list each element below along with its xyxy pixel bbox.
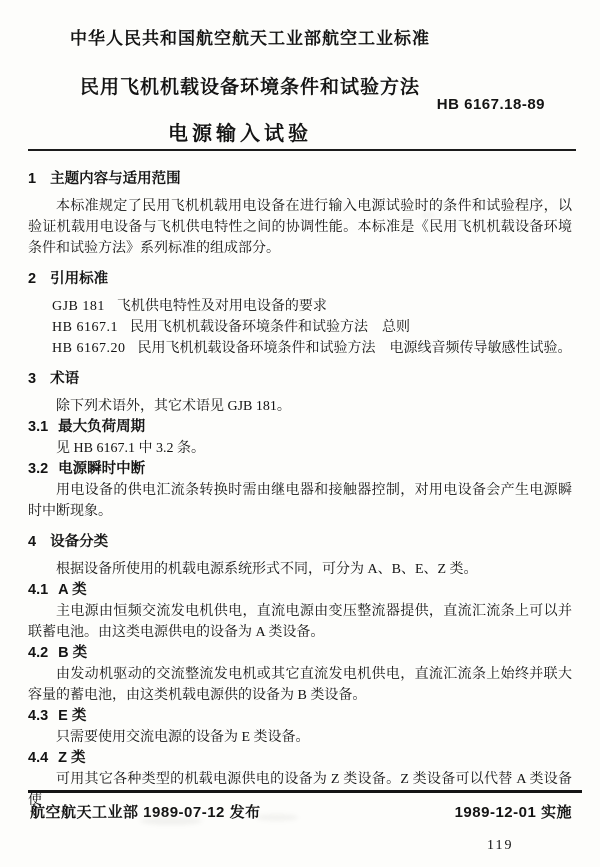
reference-item: GJB 181飞机供电特性及对用电设备的要求 [28, 296, 572, 317]
reference-code: GJB 181 [52, 299, 105, 314]
subsection-heading-4-1: 4.1A 类 [28, 580, 572, 601]
section-title: 术语 [50, 371, 79, 387]
section-title: 引用标准 [50, 271, 108, 287]
subsection-heading-3-1: 3.1最大负荷周期 [28, 417, 572, 438]
footer-implementation-text: 1989-12-01 实施 [455, 801, 572, 822]
subsection-title: 最大负荷周期 [58, 419, 145, 435]
scan-smudge [256, 814, 298, 821]
subsection-title: A 类 [58, 582, 86, 598]
section-number: 3 [28, 371, 36, 387]
reference-code: HB 6167.20 [52, 341, 125, 356]
reference-title: 民用飞机机载设备环境条件和试验方法 电源线音频传导敏感性试验。 [137, 341, 571, 356]
section-title: 设备分类 [50, 534, 108, 550]
reference-title: 飞机供电特性及对用电设备的要求 [117, 299, 327, 314]
section-heading-2: 2引用标准 [28, 269, 572, 290]
subsection-title: B 类 [58, 645, 87, 661]
paragraph: 由发动机驱动的交流整流发电机或其它直流发电机供电，直流汇流条上始终并联大容量的蓄… [28, 664, 572, 706]
scanned-standard-page: 中华人民共和国航空航天工业部航空工业标准 民用飞机机载设备环境条件和试验方法 H… [0, 0, 600, 867]
paragraph: 本标准规定了民用飞机机载用电设备在进行输入电源试验时的条件和试验程序，以验证机载… [28, 196, 572, 259]
section-title: 主题内容与适用范围 [50, 171, 181, 187]
section-number: 1 [28, 171, 36, 187]
section-heading-4: 4设备分类 [28, 532, 572, 553]
subsection-heading-4-3: 4.3E 类 [28, 706, 572, 727]
subsection-number: 3.1 [28, 419, 48, 435]
subsection-number: 4.3 [28, 708, 48, 724]
footer-issue-text: 航空航天工业部 1989-07-12 发布 [30, 801, 261, 822]
subsection-number: 4.1 [28, 582, 48, 598]
paragraph: 除下列术语外，其它术语见 GJB 181。 [28, 396, 572, 417]
section-heading-1: 1主题内容与适用范围 [28, 169, 572, 190]
subsection-title: 电源瞬时中断 [58, 461, 145, 477]
document-body: 1主题内容与适用范围 本标准规定了民用飞机机载用电设备在进行输入电源试验时的条件… [28, 163, 572, 811]
reference-item: HB 6167.20民用飞机机载设备环境条件和试验方法 电源线音频传导敏感性试验… [28, 338, 572, 359]
paragraph: 用电设备的供电汇流条转换时需由继电器和接触器控制，对用电设备会产生电源瞬时中断现… [28, 480, 572, 522]
subsection-heading-4-2: 4.2B 类 [28, 643, 572, 664]
subsection-title: E 类 [58, 708, 86, 724]
section-number: 4 [28, 534, 36, 550]
section-number: 2 [28, 271, 36, 287]
standard-number: HB 6167.18-89 [437, 96, 545, 113]
section-heading-3: 3术语 [28, 369, 572, 390]
paragraph: 见 HB 6167.1 中 3.2 条。 [28, 438, 572, 459]
document-title: 民用飞机机载设备环境条件和试验方法 [80, 72, 420, 99]
paragraph: 主电源由恒频交流发电机供电，直流电源由变压整流器提供，直流汇流条上可以并联蓄电池… [28, 601, 572, 643]
subsection-number: 4.2 [28, 645, 48, 661]
document-subtitle: 电源输入试验 [168, 117, 312, 146]
reference-code: HB 6167.1 [52, 320, 118, 335]
reference-item: HB 6167.1民用飞机机载设备环境条件和试验方法 总则 [28, 317, 572, 338]
header-divider [28, 149, 576, 151]
subsection-heading-3-2: 3.2电源瞬时中断 [28, 459, 572, 480]
footer-divider [28, 790, 582, 793]
reference-title: 民用飞机机载设备环境条件和试验方法 总则 [130, 320, 410, 335]
subsection-number: 4.4 [28, 750, 48, 766]
page-number: 119 [487, 838, 513, 854]
subsection-heading-4-4: 4.4Z 类 [28, 748, 572, 769]
paragraph: 根据设备所使用的机载电源系统形式不同，可分为 A、B、E、Z 类。 [28, 559, 572, 580]
standard-org-line: 中华人民共和国航空航天工业部航空工业标准 [70, 24, 430, 49]
subsection-number: 3.2 [28, 461, 48, 477]
subsection-title: Z 类 [58, 750, 85, 766]
paragraph: 只需要使用交流电源的设备为 E 类设备。 [28, 727, 572, 748]
